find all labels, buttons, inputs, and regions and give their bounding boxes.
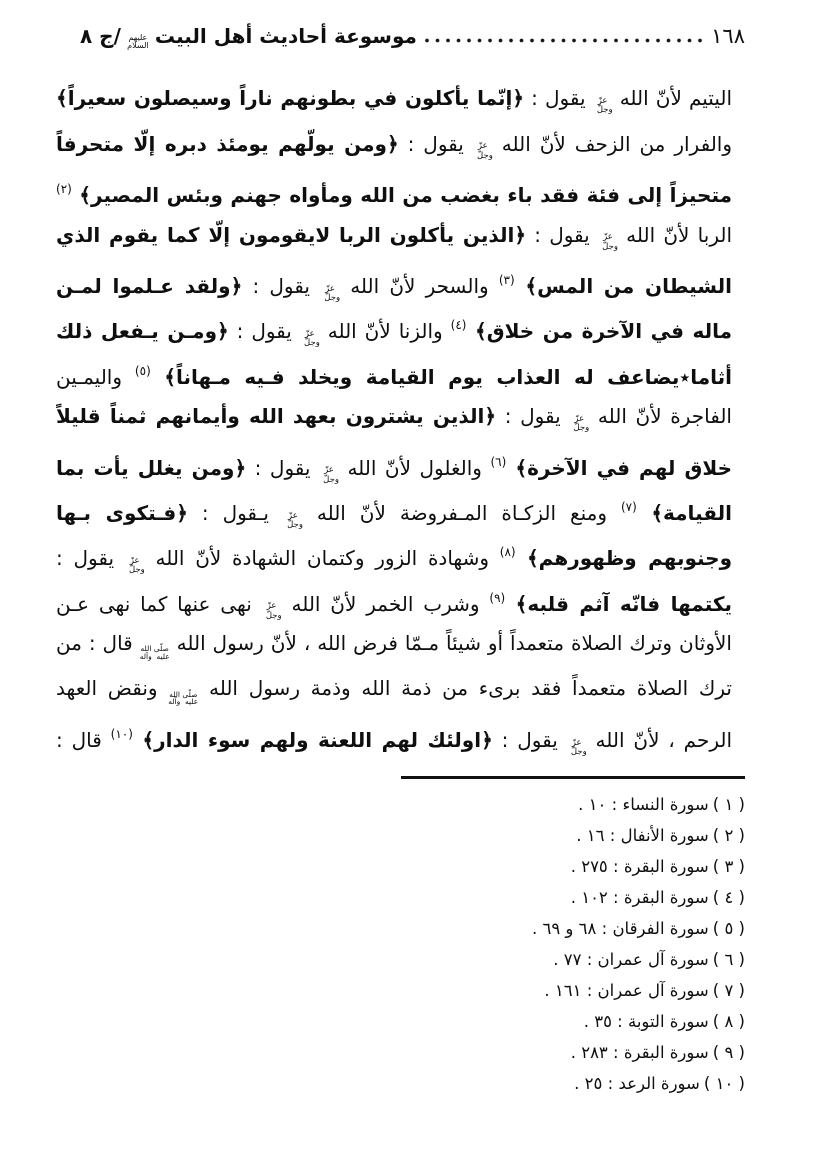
- footnote-ref: (٧): [621, 500, 637, 514]
- honorific-azza-wa-jall: عزّ وجلّ: [569, 415, 589, 434]
- footnote-text: سورة البقرة : ١٠٢ .: [571, 888, 709, 907]
- text-line: والفرار من الزحف لأنّ الله عزّ وجلّ يقول…: [56, 122, 732, 167]
- volume-label: /ج ٨: [80, 24, 121, 48]
- text-segment: يـقول :: [188, 501, 283, 525]
- text-segment: يقول :: [229, 319, 300, 343]
- footnote-ref: (٨): [500, 545, 516, 559]
- text-line: الرحم ، لأنّ الله عزّ وجلّ يقول : ﴿اولئك…: [56, 712, 732, 757]
- footnote-item: ( ٣ )سورة البقرة : ٢٧٥ .: [56, 851, 745, 882]
- footnote-ref: (٣): [499, 273, 515, 287]
- text-segment: ومنع الزكـاة المـفروضة لأنّ الله: [303, 501, 621, 525]
- footnote-item: ( ٦ )سورة آل عمران : ٧٧ .: [56, 944, 745, 975]
- quran-quote: ماله في الآخرة من خلاق﴾: [466, 319, 732, 343]
- footnote-marker: ( ٤ ): [713, 888, 745, 907]
- text-line: ماله في الآخرة من خلاق﴾ (٤) والزنا لأنّ …: [56, 303, 732, 348]
- footnote-marker: ( ٦ ): [713, 950, 745, 969]
- footnote-separator: [401, 776, 745, 779]
- honorific-azza-wa-jall: عزّ وجلّ: [300, 330, 320, 349]
- footnote-marker: ( ٢ ): [713, 826, 745, 845]
- book-title: موسوعة أحاديث أهل البيت عليهم السلام /ج …: [80, 24, 417, 50]
- text-segment: والغلول لأنّ الله: [339, 456, 491, 480]
- honorific-salawat: صلّى الله عليه وآله: [140, 645, 170, 661]
- body-text: اليتيم لأنّ الله عزّ وجلّ يقول : ﴿إنّما …: [56, 76, 732, 757]
- honorific-azza-wa-jall: عزّ وجلّ: [320, 285, 340, 304]
- footnote-text: سورة البقرة : ٢٧٥ .: [571, 857, 709, 876]
- text-segment: الأوثان وترك الصلاة متعمداً أو شيئاً مـم…: [170, 631, 732, 655]
- footnote-text: سورة الأنفال : ١٦ .: [576, 826, 708, 845]
- text-segment: ترك الصلاة متعمداً فقد برىء من ذمة الله …: [198, 676, 732, 700]
- text-line: الربا لأنّ الله عزّ وجلّ يقول : ﴿الذين ي…: [56, 213, 732, 258]
- honorific-azza-wa-jall: عزّ وجلّ: [125, 557, 145, 576]
- footnote-item: ( ٤ )سورة البقرة : ١٠٢ .: [56, 882, 745, 913]
- footnote-marker: ( ١ ): [713, 795, 745, 814]
- quran-quote: ﴿إنّما يأكلون في بطونهم ناراً وسيصلون سع…: [56, 86, 524, 110]
- text-line: الأوثان وترك الصلاة متعمداً أو شيئاً مـم…: [56, 621, 732, 666]
- footnote-marker: ( ٥ ): [713, 919, 745, 938]
- footnote-item: ( ٢ )سورة الأنفال : ١٦ .: [56, 820, 745, 851]
- honorific-azza-wa-jall: عزّ وجلّ: [593, 97, 613, 116]
- text-segment: وشرب الخمر لأنّ الله: [282, 592, 490, 616]
- footnote-marker: ( ٣ ): [713, 857, 745, 876]
- honorific-azza-wa-jall: عزّ وجلّ: [262, 602, 282, 621]
- text-segment: يقول :: [56, 546, 125, 570]
- footnote-text: سورة التوبة : ٣٥ .: [584, 1012, 709, 1031]
- footnote-text: سورة آل عمران : ١٦١ .: [544, 981, 708, 1000]
- footnote-ref: (٢): [56, 182, 72, 196]
- page-header: ١٦٨ موسوعة أحاديث أهل البيت عليهم السلام…: [56, 24, 745, 50]
- footnote-text: سورة النساء : ١٠ .: [578, 795, 709, 814]
- text-line: اليتيم لأنّ الله عزّ وجلّ يقول : ﴿إنّما …: [56, 76, 732, 121]
- footnote-marker: ( ٩ ): [713, 1043, 745, 1062]
- footnote-marker: ( ٨ ): [713, 1012, 745, 1031]
- quran-quote: القيامة﴾: [637, 501, 732, 525]
- text-segment: يقول :: [496, 404, 569, 428]
- honorific-azza-wa-jall: عزّ وجلّ: [319, 466, 339, 485]
- dotted-leader: [423, 37, 705, 44]
- book-title-text: موسوعة أحاديث أهل البيت: [155, 24, 417, 48]
- quran-quote: وجنوبهم وظهورهم﴾: [516, 546, 732, 570]
- footnote-text: سورة آل عمران : ٧٧ .: [553, 950, 709, 969]
- honorific-alayhim-salam: عليهم السلام: [125, 34, 151, 51]
- footnote-item: ( ٧ )سورة آل عمران : ١٦١ .: [56, 975, 745, 1006]
- text-line: ترك الصلاة متعمداً فقد برىء من ذمة الله …: [56, 666, 732, 711]
- footnote-text: سورة الرعد : ٢٥ .: [574, 1074, 700, 1093]
- text-segment: والسحر لأنّ الله: [340, 274, 499, 298]
- honorific-azza-wa-jall: عزّ وجلّ: [473, 142, 493, 161]
- text-line: متحيزاً إلى فئة فقد باء بغضب من الله ومأ…: [56, 167, 732, 212]
- text-segment: يقول :: [526, 223, 598, 247]
- honorific-azza-wa-jall: عزّ وجلّ: [567, 739, 587, 758]
- book-page: ١٦٨ موسوعة أحاديث أهل البيت عليهم السلام…: [0, 0, 817, 1162]
- footnotes: ( ١ )سورة النساء : ١٠ .( ٢ )سورة الأنفال…: [56, 789, 745, 1099]
- footnote-marker: ( ٧ ): [713, 981, 745, 1000]
- text-line: وجنوبهم وظهورهم﴾ (٨) وشهادة الزور وكتمان…: [56, 530, 732, 575]
- footnote-ref: (٩): [489, 591, 505, 605]
- quran-quote: يكتمها فانّه آثم قلبه﴾: [505, 592, 732, 616]
- text-segment: والزنا لأنّ الله: [320, 319, 451, 343]
- text-line: خلاق لهم في الآخرة﴾ (٦) والغلول لأنّ الل…: [56, 440, 732, 485]
- quran-quote: أثاما٭يضاعف له العذاب يوم القيامة ويخلد …: [151, 365, 732, 389]
- honorific-azza-wa-jall: عزّ وجلّ: [283, 512, 303, 531]
- honorific-azza-wa-jall: عزّ وجلّ: [598, 233, 618, 252]
- footnote-ref: (٥): [135, 364, 151, 378]
- footnote-item: ( ١٠ )سورة الرعد : ٢٥ .: [56, 1068, 745, 1099]
- text-line: الشيطان من المس﴾ (٣) والسحر لأنّ الله عز…: [56, 258, 732, 303]
- text-segment: الرحم ، لأنّ الله: [587, 728, 732, 752]
- text-line: الفاجرة لأنّ الله عزّ وجلّ يقول : ﴿الذين…: [56, 394, 732, 439]
- footnote-item: ( ٨ )سورة التوبة : ٣٥ .: [56, 1006, 745, 1037]
- text-segment: يقول :: [493, 728, 567, 752]
- text-segment: يقول :: [242, 274, 320, 298]
- quran-quote: خلاق لهم في الآخرة﴾: [506, 456, 732, 480]
- text-line: يكتمها فانّه آثم قلبه﴾ (٩) وشرب الخمر لأ…: [56, 576, 732, 621]
- footnote-ref: (١٠): [111, 727, 133, 741]
- text-segment: اليتيم لأنّ الله: [613, 86, 732, 110]
- footnote-ref: (٦): [490, 455, 506, 469]
- footnote-item: ( ٥ )سورة الفرقان : ٦٨ و ٦٩ .: [56, 913, 745, 944]
- footnote-ref: (٤): [451, 318, 467, 332]
- footnote-marker: ( ١٠ ): [704, 1074, 745, 1093]
- footnote-text: سورة الفرقان : ٦٨ و ٦٩ .: [532, 919, 709, 938]
- text-segment: الفاجرة لأنّ الله: [589, 404, 732, 428]
- text-segment: والفرار من الزحف لأنّ الله: [493, 132, 732, 156]
- text-segment: يقول :: [246, 456, 319, 480]
- text-segment: الربا لأنّ الله: [618, 223, 732, 247]
- text-segment: يقول :: [399, 132, 473, 156]
- quran-quote: متحيزاً إلى فئة فقد باء بغضب من الله ومأ…: [72, 183, 732, 207]
- text-line: القيامة﴾ (٧) ومنع الزكـاة المـفروضة لأنّ…: [56, 485, 732, 530]
- text-line: أثاما٭يضاعف له العذاب يوم القيامة ويخلد …: [56, 349, 732, 394]
- text-segment: قال : من: [56, 631, 140, 655]
- footnote-text: سورة البقرة : ٢٨٣ .: [571, 1043, 709, 1062]
- footnote-item: ( ١ )سورة النساء : ١٠ .: [56, 789, 745, 820]
- quran-quote: الشيطان من المس﴾: [515, 274, 732, 298]
- footnote-item: ( ٩ )سورة البقرة : ٢٨٣ .: [56, 1037, 745, 1068]
- text-segment: وشهادة الزور وكتمان الشهادة لأنّ الله: [145, 546, 500, 570]
- quran-quote: ﴿اولئك لهم اللعنة ولهم سوء الدار﴾: [133, 728, 493, 752]
- honorific-salawat: صلّى الله عليه وآله: [168, 691, 198, 707]
- text-segment: يقول :: [524, 86, 593, 110]
- page-number: ١٦٨: [711, 24, 745, 48]
